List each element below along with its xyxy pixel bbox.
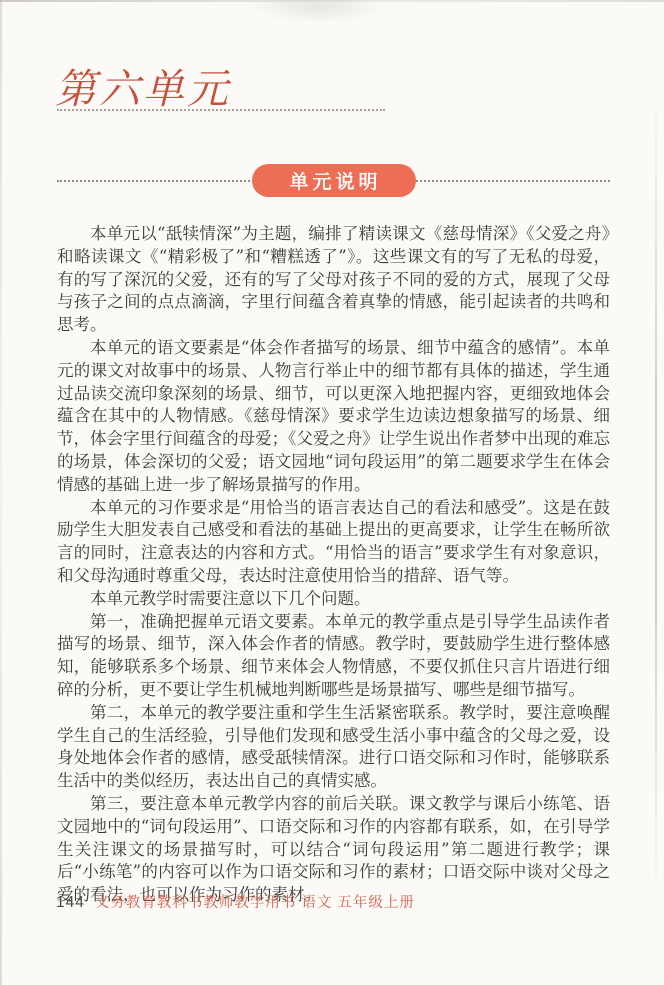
body-paragraph: 本单元的习作要求是“用恰当的语言表达自己的看法和感受”。这是在鼓励学生大胆发表自… — [57, 497, 610, 588]
body-paragraph: 第二，本单元的教学要注重和学生生活紧密联系。教学时，要注意唤醒学生自己的生活经验… — [57, 702, 610, 793]
body-paragraph: 第三，要注意本单元教学内容的前后关联。课文教学与课后小练笔、语文园地中的“词句段… — [57, 793, 610, 907]
book-title: 义务教育教科书教师教学用书 语文 五年级上册 — [95, 891, 415, 912]
page-number: 144 — [56, 894, 85, 912]
body-paragraph: 本单元教学时需要注意以下几个问题。 — [57, 588, 610, 611]
unit-title: 第六单元 — [55, 56, 231, 115]
body-paragraph: 本单元以“舐犊情深”为主题，编排了精读课文《慈母情深》《父爱之舟》和略读课文《“… — [57, 223, 610, 337]
section-header: 单元说明 — [57, 164, 610, 198]
book-page: 第六单元 单元说明 本单元以“舐犊情深”为主题，编排了精读课文《慈母情深》《父爱… — [0, 0, 664, 985]
section-badge: 单元说明 — [252, 164, 416, 197]
page-right-edge — [655, 0, 657, 985]
page-left-edge — [0, 0, 2, 985]
unit-description-body: 本单元以“舐犊情深”为主题，编排了精读课文《慈母情深》《父爱之舟》和略读课文《“… — [57, 223, 610, 907]
body-paragraph: 第一，准确把握单元语文要素。本单元的教学重点是引导学生品读作者描写的场景、细节，… — [57, 611, 610, 702]
title-dotted-rule — [57, 109, 385, 111]
page-footer: 144 义务教育教科书教师教学用书 语文 五年级上册 — [56, 891, 415, 912]
body-paragraph: 本单元的语文要素是“体会作者描写的场景、细节中蕴含的感情”。本单元的课文对故事中… — [57, 337, 610, 497]
scan-smudge — [248, 0, 388, 24]
